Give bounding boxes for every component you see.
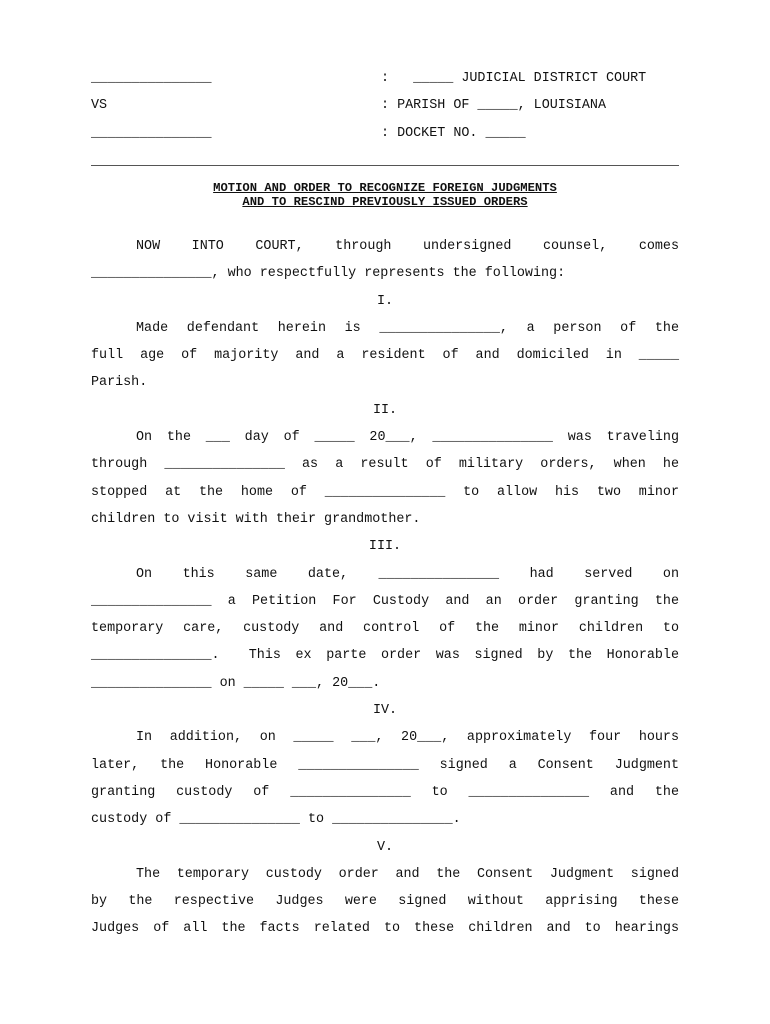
paragraph-line: by the respective Judges were signed wit… <box>91 888 679 915</box>
paragraph-line: children to visit with their grandmother… <box>91 506 679 533</box>
intro-line: NOW INTO COURT, through undersigned coun… <box>91 233 679 260</box>
section-heading-2: II. <box>91 397 679 424</box>
paragraph-line: The temporary custody order and the Cons… <box>91 861 679 888</box>
paragraph-line: later, the Honorable _______________ sig… <box>91 752 679 779</box>
versus-label: VS <box>91 96 107 116</box>
court-name: : _____ JUDICIAL DISTRICT COURT <box>381 69 646 89</box>
intro-line: _______________, who respectfully repres… <box>91 260 679 287</box>
section-heading-4: IV. <box>91 697 679 724</box>
paragraph-line: temporary care, custody and control of t… <box>91 615 679 642</box>
section-heading-1: I. <box>91 288 679 315</box>
paragraph-line: custody of _______________ to __________… <box>91 806 679 833</box>
paragraph-line: granting custody of _______________ to _… <box>91 779 679 806</box>
paragraph-line: Made defendant herein is _______________… <box>91 315 679 342</box>
section-heading-5: V. <box>91 834 679 861</box>
caption-row-versus: VS : PARISH OF _____, LOUISIANA <box>91 96 679 116</box>
caption-divider <box>91 165 679 166</box>
section-heading-3: III. <box>91 533 679 560</box>
paragraph-line: Judges of all the facts related to these… <box>91 915 679 942</box>
caption-row-defendant: _______________ : DOCKET NO. _____ <box>91 124 679 144</box>
title-line-2: AND TO RESCIND PREVIOUSLY ISSUED ORDERS <box>242 195 527 209</box>
paragraph-line: Parish. <box>91 369 679 396</box>
paragraph-line: full age of majority and a resident of a… <box>91 342 679 369</box>
document-title: MOTION AND ORDER TO RECOGNIZE FOREIGN JU… <box>91 181 679 209</box>
paragraph-line: On this same date, _______________ had s… <box>91 561 679 588</box>
parish-label: : PARISH OF _____, LOUISIANA <box>381 96 606 116</box>
title-line-1: MOTION AND ORDER TO RECOGNIZE FOREIGN JU… <box>213 181 557 195</box>
paragraph-line: stopped at the home of _______________ t… <box>91 479 679 506</box>
paragraph-line: _______________ on _____ ___, 20___. <box>91 670 679 697</box>
docket-number: : DOCKET NO. _____ <box>381 124 526 144</box>
paragraph-line: In addition, on _____ ___, 20___, approx… <box>91 724 679 751</box>
paragraph-line: _______________ a Petition For Custody a… <box>91 588 679 615</box>
paragraph-line: _______________. This ex parte order was… <box>91 642 679 669</box>
plaintiff-name-blank: _______________ <box>91 69 212 89</box>
paragraph-line: On the ___ day of _____ 20___, _________… <box>91 424 679 451</box>
document-body: NOW INTO COURT, through undersigned coun… <box>91 233 679 943</box>
caption-row-plaintiff: _______________ : _____ JUDICIAL DISTRIC… <box>91 69 679 89</box>
defendant-name-blank: _______________ <box>91 124 212 144</box>
paragraph-line: through _______________ as a result of m… <box>91 451 679 478</box>
